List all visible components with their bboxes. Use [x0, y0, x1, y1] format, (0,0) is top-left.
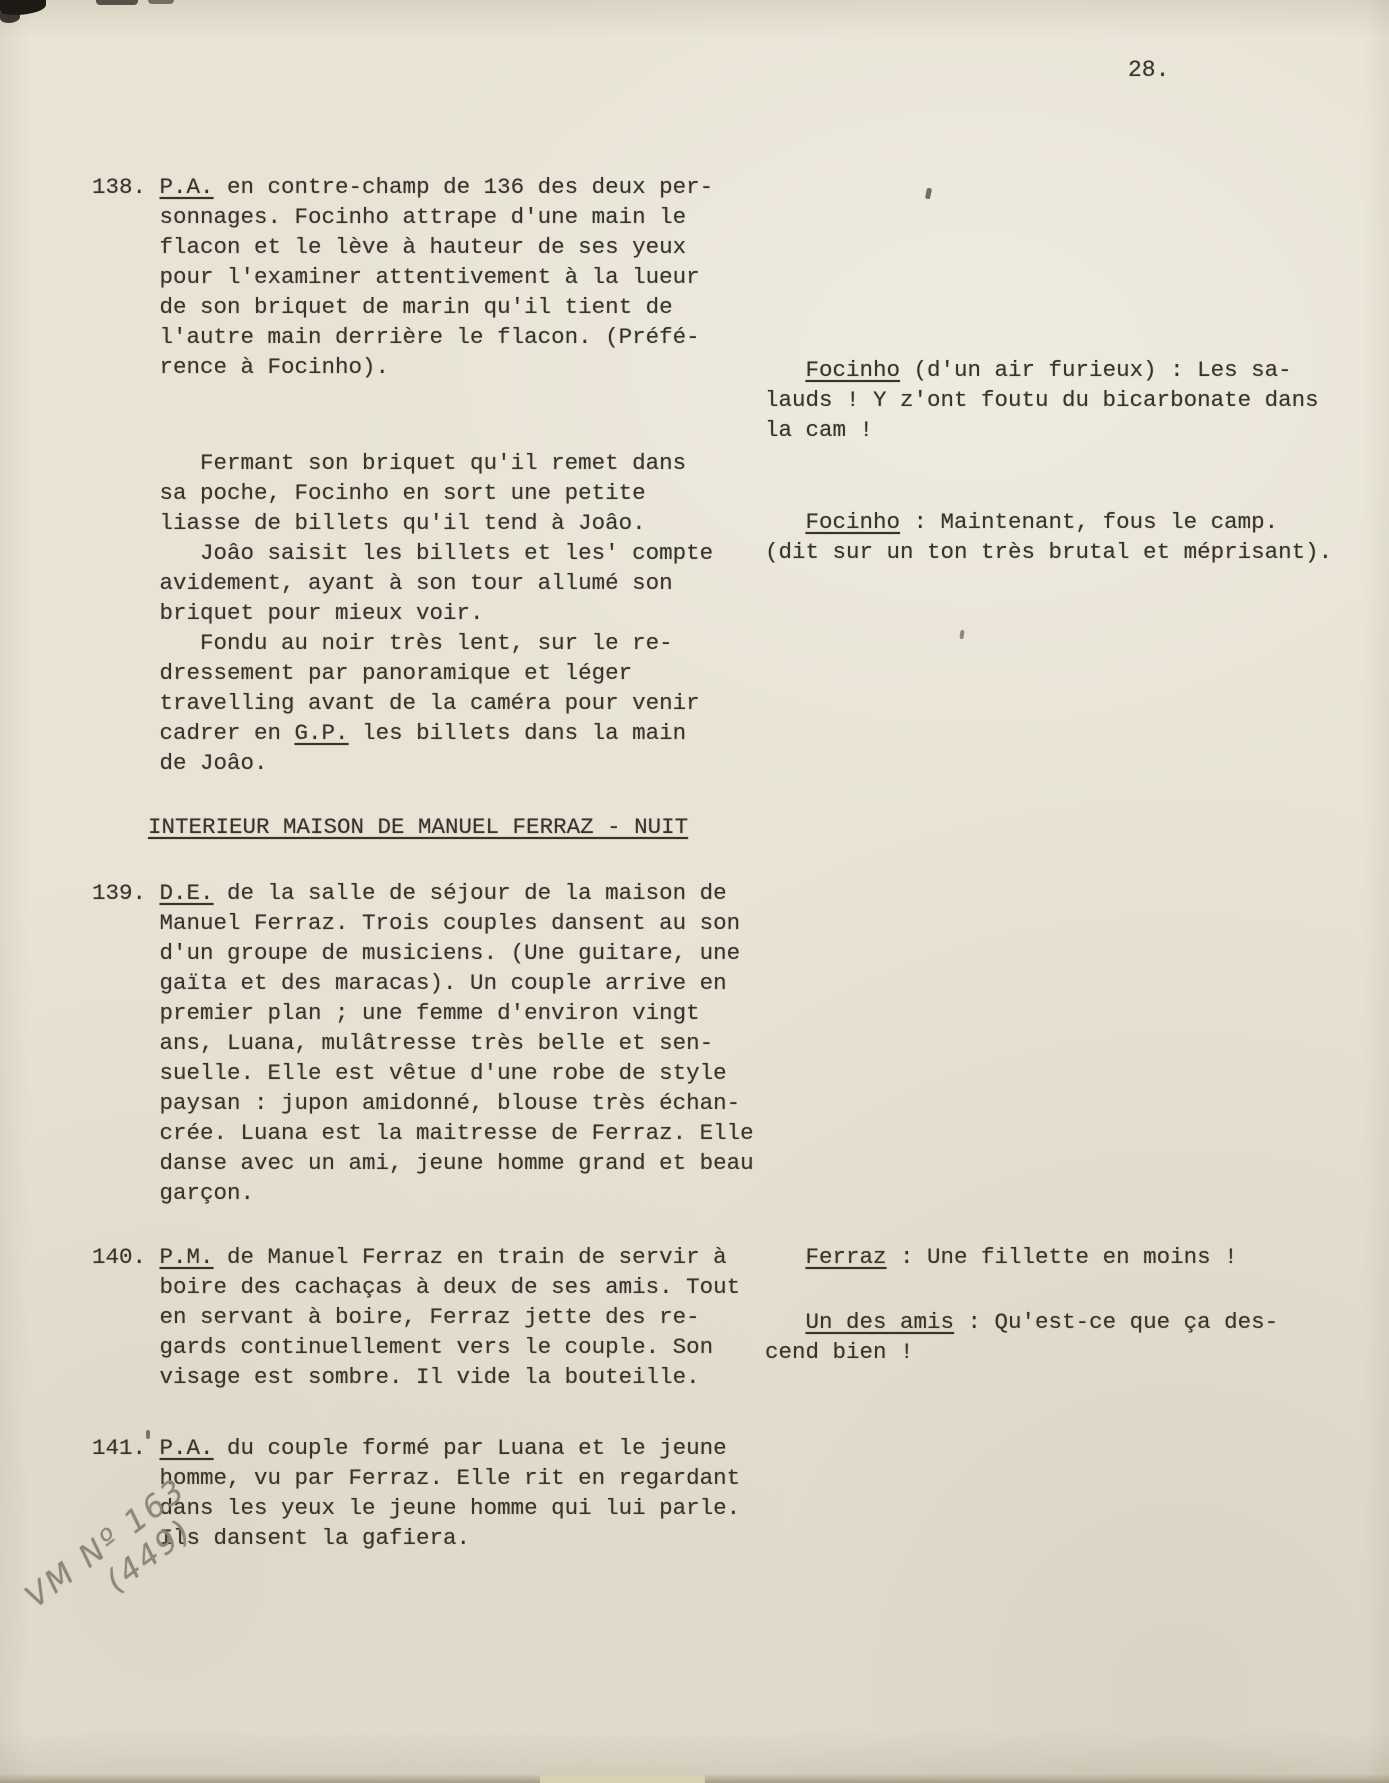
text-segment: 139.	[92, 880, 160, 906]
text-line: liasse de billets qu'il tend à Joâo.	[92, 508, 713, 538]
text-segment: en contre-champ de 136 des deux per-	[214, 174, 714, 200]
text-line: sa poche, Focinho en sort une petite	[92, 478, 713, 508]
underlined-text-segment: P.M.	[160, 1244, 214, 1270]
text-segment: garçon.	[92, 1180, 254, 1206]
text-line: Focinho (d'un air furieux) : Les sa-	[765, 355, 1319, 385]
text-line: paysan : jupon amidonné, blouse très éch…	[92, 1088, 754, 1118]
text-line: gaïta et des maracas). Un couple arrive …	[92, 968, 754, 998]
text-segment: la cam !	[765, 417, 873, 443]
text-segment: : Maintenant, fous le camp.	[900, 509, 1278, 535]
scene-138-action-continued: Fermant son briquet qu'il remet dans sa …	[92, 448, 713, 778]
ink-speck	[959, 630, 964, 639]
text-segment: premier plan ; une femme d'environ vingt	[92, 1000, 700, 1026]
text-line: boire des cachaças à deux de ses amis. T…	[92, 1272, 740, 1302]
text-segment: visage est sombre. Il vide la bouteille.	[92, 1364, 700, 1390]
text-segment: 138.	[92, 174, 160, 200]
text-segment: Manuel Ferraz. Trois couples dansent au …	[92, 910, 740, 936]
text-segment	[765, 357, 806, 383]
text-segment: Fondu au noir très lent, sur le re-	[92, 630, 673, 656]
text-segment: briquet pour mieux voir.	[92, 600, 484, 626]
text-line: Joâo saisit les billets et les' compte	[92, 538, 713, 568]
text-segment: du couple formé par Luana et le jeune	[214, 1435, 727, 1461]
scene-140-action: 140. P.M. de Manuel Ferraz en train de s…	[92, 1242, 740, 1392]
ami-dialogue: Un des amis : Qu'est-ce que ça des-cend …	[765, 1307, 1278, 1367]
text-segment: suelle. Elle est vêtue d'une robe de sty…	[92, 1060, 727, 1086]
text-line: rence à Focinho).	[92, 352, 713, 382]
text-segment: ans, Luana, mulâtresse très belle et sen…	[92, 1030, 713, 1056]
text-line: suelle. Elle est vêtue d'une robe de sty…	[92, 1058, 754, 1088]
underlined-text-segment: Focinho	[806, 509, 901, 535]
text-line: flacon et le lève à hauteur de ses yeux	[92, 232, 713, 262]
text-line: 138. P.A. en contre-champ de 136 des deu…	[92, 172, 713, 202]
scene-138-action: 138. P.A. en contre-champ de 136 des deu…	[92, 172, 713, 382]
scan-artifact-top-left-2	[0, 12, 20, 23]
text-segment: travelling avant de la caméra pour venir	[92, 690, 700, 716]
text-segment: cadrer en	[92, 720, 295, 746]
ink-speck	[925, 188, 932, 200]
text-segment: 140.	[92, 1244, 160, 1270]
text-segment: Fermant son briquet qu'il remet dans	[92, 450, 686, 476]
text-segment: (dit sur un ton très brutal et méprisant…	[765, 539, 1332, 565]
text-line: visage est sombre. Il vide la bouteille.	[92, 1362, 740, 1392]
text-segment: de Manuel Ferraz en train de servir à	[214, 1244, 727, 1270]
text-segment: de la salle de séjour de la maison de	[214, 880, 727, 906]
text-line: en servant à boire, Ferraz jette des re-	[92, 1302, 740, 1332]
ferraz-dialogue: Ferraz : Une fillette en moins !	[765, 1242, 1238, 1272]
text-line: garçon.	[92, 1178, 754, 1208]
scan-artifact-top-edge	[96, 0, 138, 5]
scan-artifact-top-edge-2	[148, 0, 174, 4]
text-line: Manuel Ferraz. Trois couples dansent au …	[92, 908, 754, 938]
text-segment: en servant à boire, Ferraz jette des re-	[92, 1304, 700, 1330]
text-line: l'autre main derrière le flacon. (Préfé-	[92, 322, 713, 352]
text-segment: de son briquet de marin qu'il tient de	[92, 294, 673, 320]
text-line: (dit sur un ton très brutal et méprisant…	[765, 537, 1332, 567]
text-line: avidement, ayant à son tour allumé son	[92, 568, 713, 598]
text-line: Focinho : Maintenant, fous le camp.	[765, 507, 1332, 537]
underlined-text-segment: INTERIEUR MAISON DE MANUEL FERRAZ - NUIT	[148, 814, 688, 840]
text-segment: 141.	[92, 1435, 160, 1461]
text-segment: Joâo saisit les billets et les' compte	[92, 540, 713, 566]
text-segment: : Une fillette en moins !	[887, 1244, 1238, 1270]
underlined-text-segment: Un des amis	[806, 1309, 955, 1335]
text-segment: danse avec un ami, jeune homme grand et …	[92, 1150, 754, 1176]
focinho-dialogue-2: Focinho : Maintenant, fous le camp.(dit …	[765, 507, 1332, 567]
text-segment: sa poche, Focinho en sort une petite	[92, 480, 646, 506]
text-line: 139. D.E. de la salle de séjour de la ma…	[92, 878, 754, 908]
scan-artifact-next-page-tab	[540, 1775, 705, 1783]
text-line: ans, Luana, mulâtresse très belle et sen…	[92, 1028, 754, 1058]
text-line: Fermant son briquet qu'il remet dans	[92, 448, 713, 478]
text-segment: liasse de billets qu'il tend à Joâo.	[92, 510, 646, 536]
text-line: d'un groupe de musiciens. (Une guitare, …	[92, 938, 754, 968]
text-line: briquet pour mieux voir.	[92, 598, 713, 628]
text-line: sonnages. Focinho attrape d'une main le	[92, 202, 713, 232]
text-line: Fondu au noir très lent, sur le re-	[92, 628, 713, 658]
text-segment: d'un groupe de musiciens. (Une guitare, …	[92, 940, 740, 966]
underlined-text-segment: G.P.	[295, 720, 349, 746]
script-page: 28. 138. P.A. en contre-champ de 136 des…	[0, 0, 1389, 1783]
text-line: lauds ! Y z'ont foutu du bicarbonate dan…	[765, 385, 1319, 415]
text-segment: boire des cachaças à deux de ses amis. T…	[92, 1274, 740, 1300]
text-line: de Joâo.	[92, 748, 713, 778]
text-segment: : Qu'est-ce que ça des-	[954, 1309, 1278, 1335]
text-segment: pour l'examiner attentivement à la lueur	[92, 264, 700, 290]
text-line: danse avec un ami, jeune homme grand et …	[92, 1148, 754, 1178]
text-line: cend bien !	[765, 1337, 1278, 1367]
ink-speck	[146, 1430, 150, 1439]
text-segment: crée. Luana est la maitresse de Ferraz. …	[92, 1120, 754, 1146]
scene-heading: INTERIEUR MAISON DE MANUEL FERRAZ - NUIT	[148, 812, 688, 842]
text-line: Un des amis : Qu'est-ce que ça des-	[765, 1307, 1278, 1337]
text-segment	[765, 509, 806, 535]
text-segment: (d'un air furieux) : Les sa-	[900, 357, 1292, 383]
text-line: pour l'examiner attentivement à la lueur	[92, 262, 713, 292]
underlined-text-segment: D.E.	[160, 880, 214, 906]
text-line: la cam !	[765, 415, 1319, 445]
text-line: premier plan ; une femme d'environ vingt	[92, 998, 754, 1028]
text-line: Ferraz : Une fillette en moins !	[765, 1242, 1238, 1272]
text-line: gards continuellement vers le couple. So…	[92, 1332, 740, 1362]
text-segment: paysan : jupon amidonné, blouse très éch…	[92, 1090, 740, 1116]
page-number: 28.	[1128, 55, 1169, 85]
underlined-text-segment: Ferraz	[806, 1244, 887, 1270]
scene-139-action: 139. D.E. de la salle de séjour de la ma…	[92, 878, 754, 1208]
text-line: crée. Luana est la maitresse de Ferraz. …	[92, 1118, 754, 1148]
text-line: travelling avant de la caméra pour venir	[92, 688, 713, 718]
text-segment: flacon et le lève à hauteur de ses yeux	[92, 234, 686, 260]
text-segment: gards continuellement vers le couple. So…	[92, 1334, 713, 1360]
text-line: de son briquet de marin qu'il tient de	[92, 292, 713, 322]
focinho-dialogue-1: Focinho (d'un air furieux) : Les sa-laud…	[765, 355, 1319, 445]
text-segment	[765, 1309, 806, 1335]
text-line: cadrer en G.P. les billets dans la main	[92, 718, 713, 748]
text-segment: l'autre main derrière le flacon. (Préfé-	[92, 324, 700, 350]
text-segment: gaïta et des maracas). Un couple arrive …	[92, 970, 727, 996]
text-segment: dressement par panoramique et léger	[92, 660, 632, 686]
text-segment: cend bien !	[765, 1339, 914, 1365]
underlined-text-segment: Focinho	[806, 357, 901, 383]
text-line: 140. P.M. de Manuel Ferraz en train de s…	[92, 1242, 740, 1272]
text-segment: de Joâo.	[92, 750, 268, 776]
text-segment	[765, 1244, 806, 1270]
underlined-text-segment: P.A.	[160, 174, 214, 200]
text-segment: les billets dans la main	[349, 720, 687, 746]
text-segment: avidement, ayant à son tour allumé son	[92, 570, 673, 596]
text-line: INTERIEUR MAISON DE MANUEL FERRAZ - NUIT	[148, 812, 688, 842]
text-segment: lauds ! Y z'ont foutu du bicarbonate dan…	[765, 387, 1319, 413]
text-segment: sonnages. Focinho attrape d'une main le	[92, 204, 686, 230]
text-line: dressement par panoramique et léger	[92, 658, 713, 688]
text-segment: rence à Focinho).	[92, 354, 389, 380]
